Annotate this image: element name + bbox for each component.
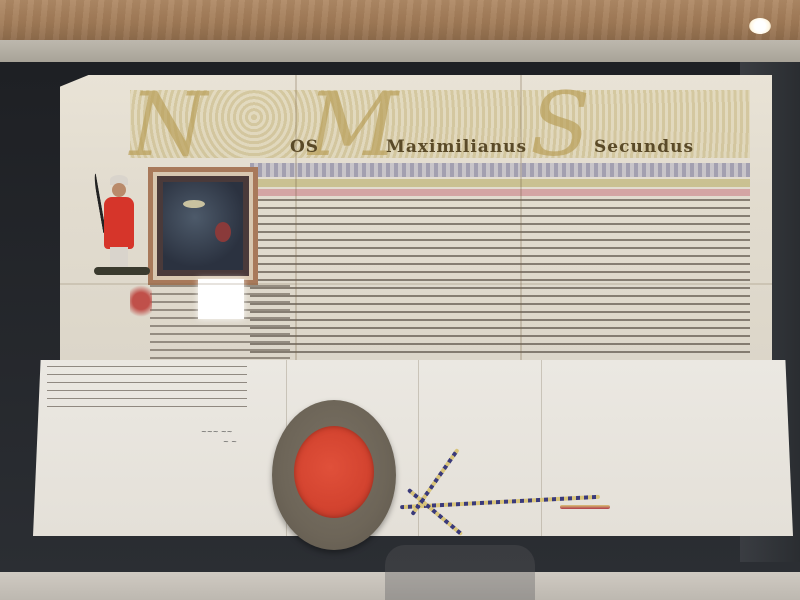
- wooden-ceiling: [0, 0, 800, 40]
- flap-fold: [418, 360, 419, 536]
- heading-word: Secundus: [594, 137, 694, 157]
- illuminated-miniature: [148, 167, 258, 285]
- charter-parchment: N M S OS Maximilianus Secundus: [60, 75, 772, 365]
- light-glare: [198, 279, 244, 319]
- red-decorated-initial: [130, 283, 152, 319]
- hussar-head: [112, 183, 126, 197]
- horizontal-fold: [60, 283, 772, 285]
- red-wax-seal: [294, 426, 374, 518]
- signature-mark: ~~~ ~~: [201, 428, 233, 436]
- photographer-reflection: [385, 545, 535, 600]
- red-motif: [215, 222, 231, 242]
- initial-s: S: [530, 73, 590, 176]
- red-script-line: [250, 189, 750, 196]
- ground-patch: [94, 267, 150, 275]
- red-coat: [104, 197, 134, 249]
- signature-mark: ~ ~: [223, 438, 237, 446]
- handwritten-note: [47, 366, 247, 408]
- bird-motif: [183, 200, 205, 208]
- initial-n: N: [130, 73, 207, 176]
- gold-script-line: [250, 179, 750, 187]
- hussar-legs: [110, 247, 128, 269]
- charter-body-text: [250, 199, 750, 359]
- flap-fold: [541, 360, 542, 536]
- vertical-fold: [295, 75, 297, 365]
- wood-grain: [0, 0, 800, 40]
- seal-case: [272, 400, 396, 550]
- vertical-fold: [520, 75, 522, 365]
- blue-script-line: [250, 163, 750, 177]
- initial-m: M: [308, 73, 398, 176]
- heading-word: Maximilianus: [386, 137, 527, 157]
- cord-tassel: [560, 505, 610, 509]
- display-frame-top: [0, 40, 800, 62]
- charter-heading: OS Maximilianus Secundus: [290, 137, 754, 157]
- miniature-painting: [163, 182, 243, 270]
- hussar-figure: [98, 173, 142, 273]
- ceiling-light: [749, 18, 771, 34]
